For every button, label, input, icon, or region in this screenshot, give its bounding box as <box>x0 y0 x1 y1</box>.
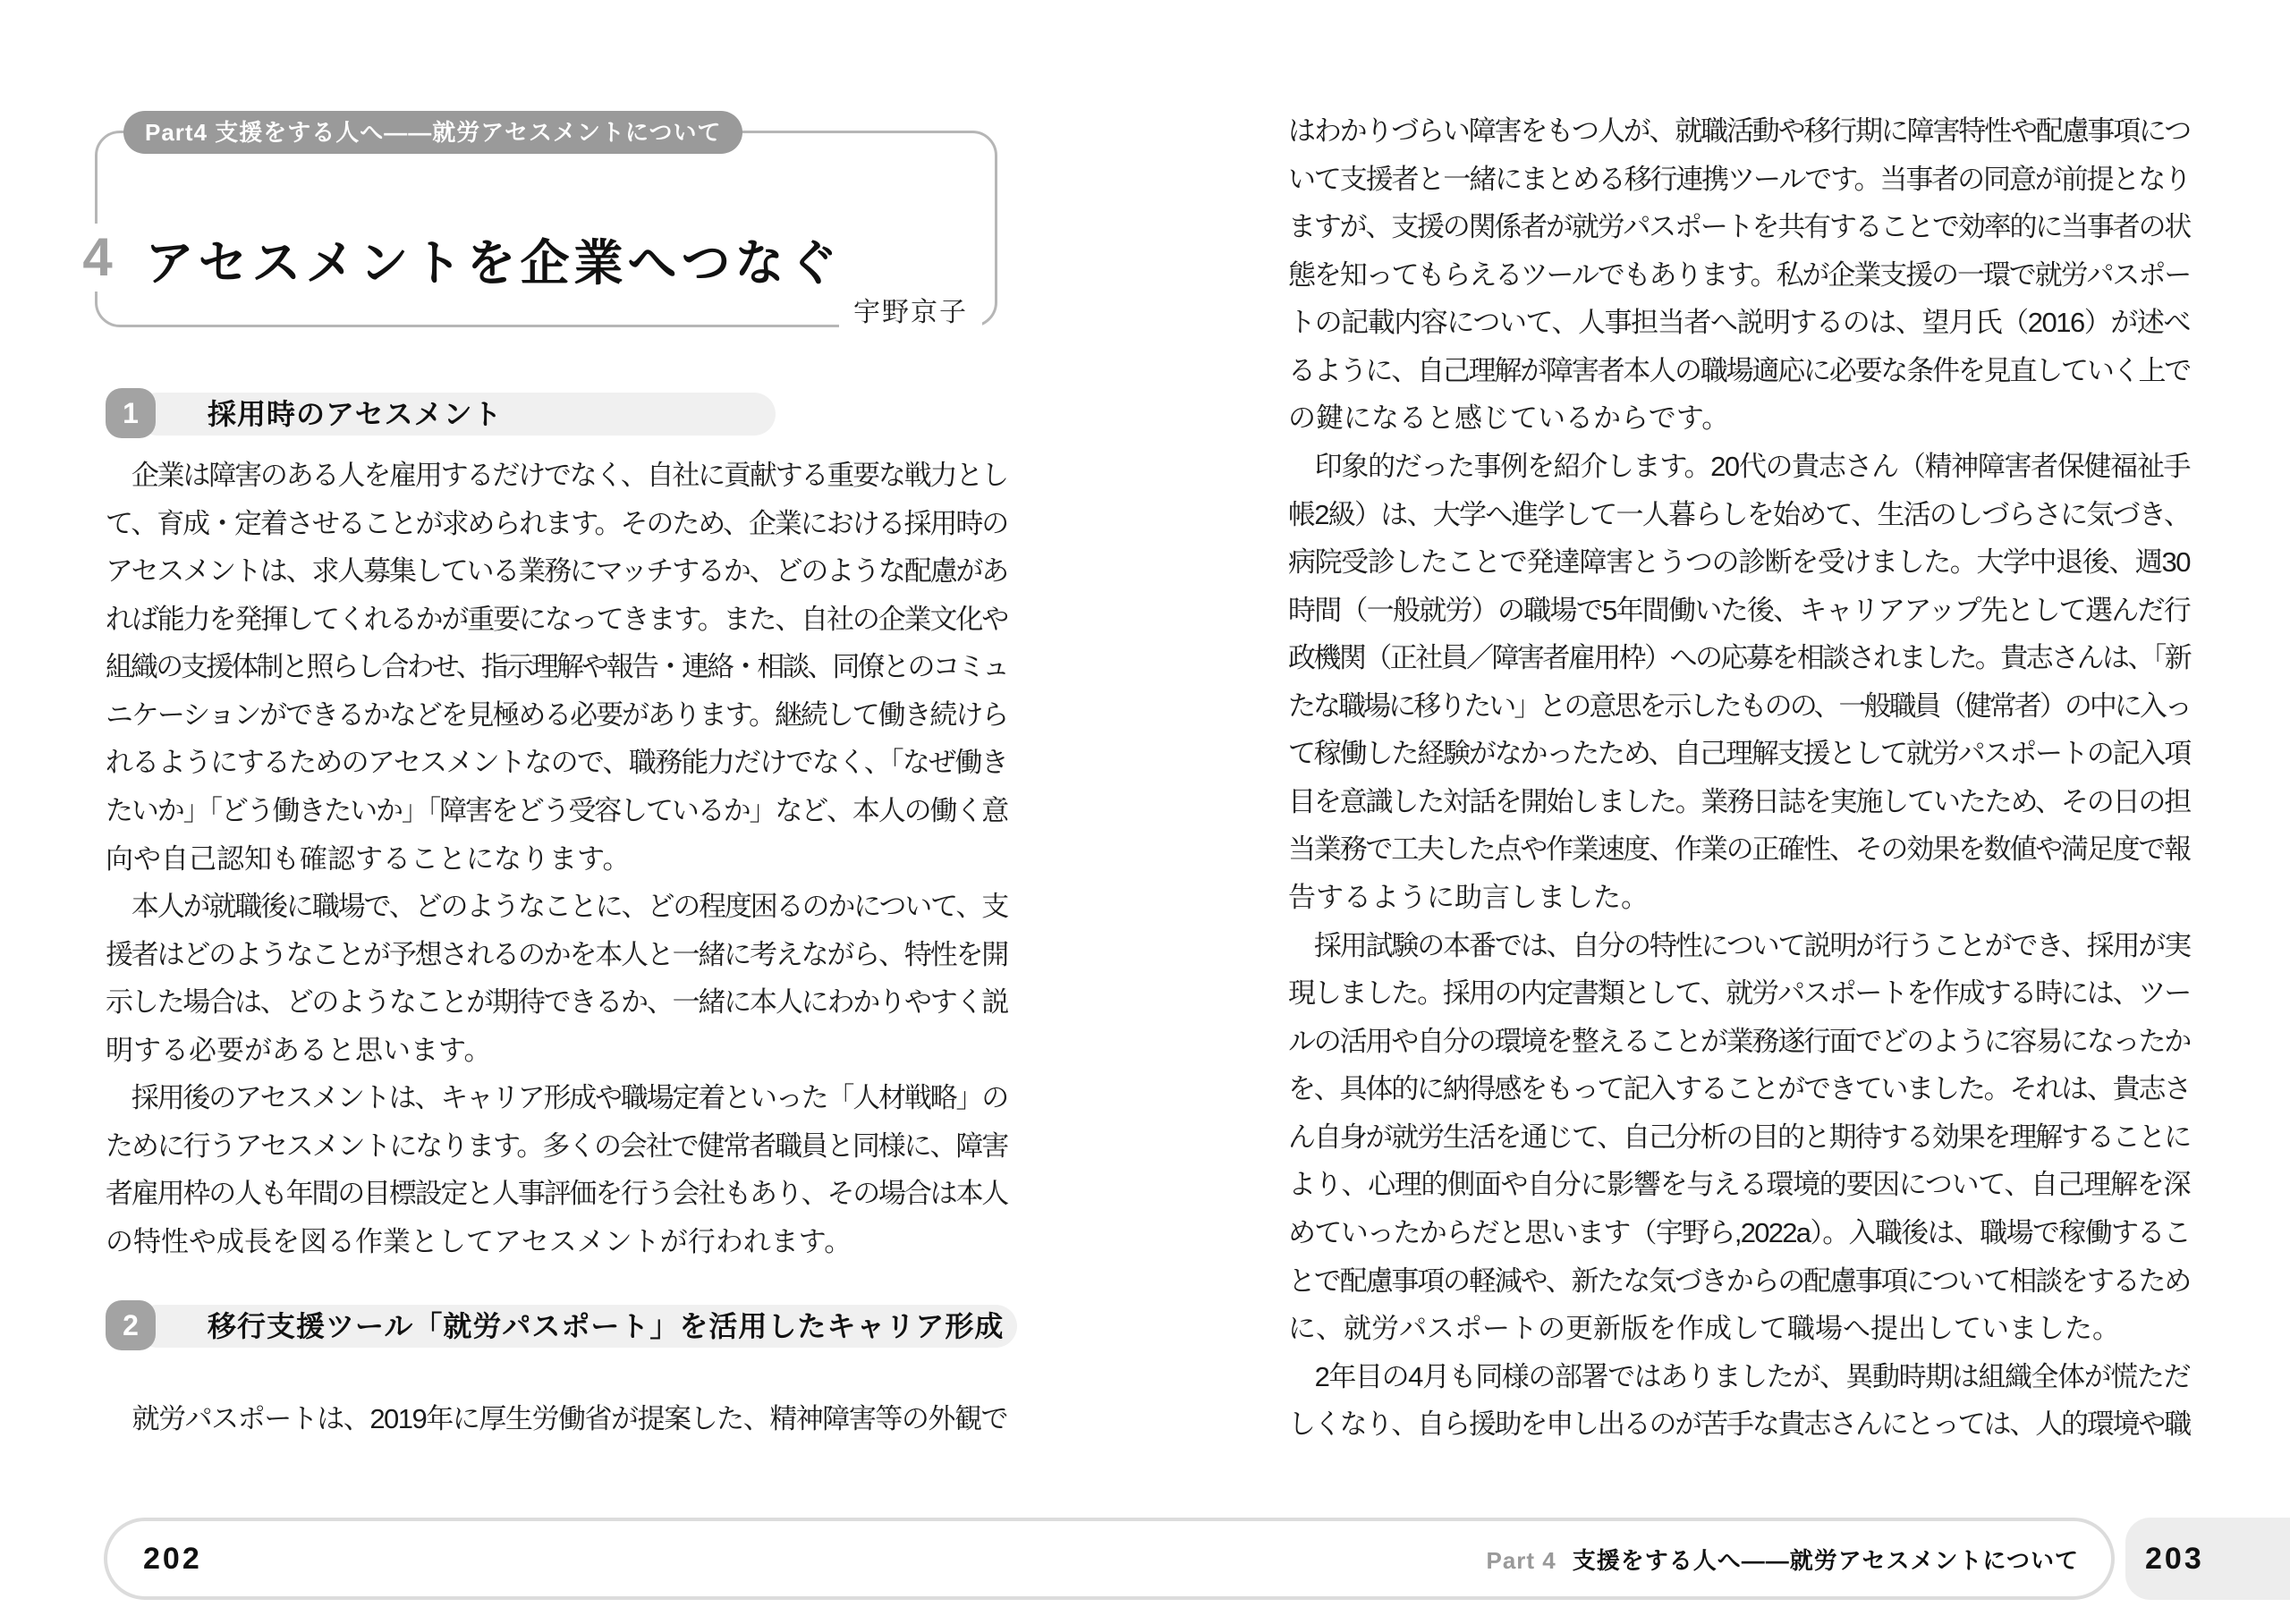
text-line: ために行うアセスメントになります。多くの会社で健常者職員と同様に、障害 <box>106 1122 1007 1171</box>
text-line: るように、自己理解が障害者本人の職場適応に必要な条件を見直していく上で <box>1288 347 2190 395</box>
text-line: 採用試験の本番では、自分の特性について説明が行うことができ、採用が実 <box>1288 922 2190 970</box>
text-line: に、就労パスポートの更新版を作成して職場へ提出していました。 <box>1288 1305 2190 1353</box>
text-line: たいか」「どう働きたいか」「障害をどう受容しているか」など、本人の働く意 <box>106 787 1007 835</box>
text-line: 採用後のアセスメントは、キャリア形成や職場定着といった「人材戦略」の <box>106 1074 1007 1122</box>
text-line: とで配慮事項の軽減や、新たな気づきからの配慮事項について相談をするため <box>1288 1257 2190 1306</box>
text-line: 示した場合は、どのようなことが期待できるか、一緒に本人にわかりやすく説 <box>106 978 1007 1027</box>
text-line: めていったからだと思います（宇野ら,2022a）。入職後は、職場で稼働するこ <box>1288 1209 2190 1257</box>
text-line: 病院受診したことで発達障害とうつの診断を受けました。大学中退後、週30 <box>1288 538 2190 587</box>
chapter-number: 4 <box>73 224 122 292</box>
text-line: いて支援者と一緒にまとめる移行連携ツールです。当事者の同意が前提となり <box>1288 156 2190 204</box>
text-line: 政機関（正社員／障害者雇用枠）への応募を相談されました。貴志さんは、「新 <box>1288 634 2190 682</box>
page-number-right: 203 <box>2145 1542 2204 1576</box>
body-text-left-a: 企業は障害のある人を雇用するだけでなく、自社に貢献する重要な戦力として、育成・定… <box>106 452 1007 1266</box>
text-line: の鍵になると感じているからです。 <box>1288 394 2190 443</box>
text-line: れば能力を発揮してくれるかが重要になってきます。また、自社の企業文化や <box>106 596 1007 644</box>
text-line: しくなり、自ら援助を申し出るのが苦手な貴志さんにとっては、人的環境や職 <box>1288 1400 2190 1449</box>
page-number-left: 202 <box>143 1542 202 1577</box>
body-text-left-b: 就労パスポートは、2019年に厚生労働省が提案した、精神障害等の外観で <box>106 1395 1007 1443</box>
text-line: 2年目の4月も同様の部署ではありましたが、異動時期は組織全体が慌ただ <box>1288 1353 2190 1401</box>
text-line: て稼働した経験がなかったため、自己理解支援として就労パスポートの記入項 <box>1288 730 2190 778</box>
text-line: 告するように助言しました。 <box>1288 874 2190 922</box>
text-line: 時間（一般就労）の職場で5年間働いた後、キャリアアップ先として選んだ行 <box>1288 587 2190 635</box>
text-line: て、育成・定着させることが求められます。そのため、企業における採用時の <box>106 500 1007 548</box>
running-head-part: Part 4 <box>1487 1547 1556 1574</box>
text-line: 企業は障害のある人を雇用するだけでなく、自社に貢献する重要な戦力とし <box>106 452 1007 500</box>
text-line: 当業務で工夫した点や作業速度、作業の正確性、その効果を数値や満足度で報 <box>1288 825 2190 874</box>
text-line: れるようにするためのアセスメントなので、職務能力だけでなく、「なぜ働き <box>106 739 1007 787</box>
text-line: 態を知ってもらえるツールでもあります。私が企業支援の一環で就労パスポー <box>1288 251 2190 300</box>
text-line: ニケーションができるかなどを見極める必要があります。継続して働き続けら <box>106 691 1007 740</box>
text-line: より、心理的側面や自分に影響を与える環境的要因について、自己理解を深 <box>1288 1161 2190 1209</box>
section-heading-pill: 採用時のアセスメント <box>136 393 776 436</box>
text-line: 本人が就職後に職場で、どのようなことに、どの程度困るのかについて、支 <box>106 883 1007 931</box>
text-line: ん自身が就労生活を通じて、自己分析の目的と期待する効果を理解することに <box>1288 1113 2190 1162</box>
text-line: ルの活用や自分の環境を整えることが業務遂行面でどのように容易になったか <box>1288 1018 2190 1066</box>
text-line: ますが、支援の関係者が就労パスポートを共有することで効率的に当事者の状 <box>1288 203 2190 251</box>
section-heading-text: 移行支援ツール「就労パスポート」を活用したキャリア形成 <box>136 1305 1017 1348</box>
book-spread: Part4 支援をする人へ——就労アセスメントについて 4 アセスメントを企業へ… <box>0 0 2290 1624</box>
text-line: たな職場に移りたい」との意思を示したものの、一般職員（健常者）の中に入っ <box>1288 682 2190 731</box>
text-line: 帳2級）は、大学へ進学して一人暮らしを始めて、生活のしづらさに気づき、 <box>1288 491 2190 539</box>
chapter-title: アセスメントを企業へつなぐ <box>145 224 842 294</box>
running-head: Part 4支援をする人へ——就労アセスメントについて <box>1487 1543 2080 1576</box>
text-line: アセスメントは、求人募集している業務にマッチするか、どのような配慮があ <box>106 547 1007 596</box>
section-number-badge: 2 <box>106 1300 156 1350</box>
text-line: 就労パスポートは、2019年に厚生労働省が提案した、精神障害等の外観で <box>106 1395 1007 1443</box>
text-line: 目を意識した対話を開始しました。業務日誌を実施していたため、その日の担 <box>1288 778 2190 826</box>
text-line: 者雇用枠の人も年間の目標設定と人事評価を行う会社もあり、その場合は本人 <box>106 1170 1007 1218</box>
body-text-right: はわかりづらい障害をもつ人が、就職活動や移行期に障害特性や配慮事項について支援者… <box>1288 107 2190 1449</box>
text-line: 援者はどのようなことが予想されるのかを本人と一緒に考えながら、特性を開 <box>106 931 1007 979</box>
text-line: トの記載内容について、人事担当者へ説明するのは、望月氏（2016）が述べ <box>1288 299 2190 347</box>
text-line: の特性や成長を図る作業としてアセスメントが行われます。 <box>106 1218 1007 1266</box>
text-line: 向や自己認知も確認することになります。 <box>106 835 1007 884</box>
text-line: を、具体的に納得感をもって記入することができていました。それは、貴志さ <box>1288 1065 2190 1113</box>
section-number-badge: 1 <box>106 388 156 438</box>
text-line: 印象的だった事例を紹介します。20代の貴志さん（精神障害者保健福祉手 <box>1288 443 2190 491</box>
footer-bar: 202 Part 4支援をする人へ——就労アセスメントについて <box>104 1518 2115 1600</box>
text-line: 組織の支援体制と照らし合わせ、指示理解や報告・連絡・相談、同僚とのコミュ <box>106 643 1007 691</box>
text-line: 現しました。採用の内定書類として、就労パスポートを作成する時には、ツー <box>1288 969 2190 1018</box>
running-head-title: 支援をする人へ——就労アセスメントについて <box>1573 1547 2079 1574</box>
author-name: 宇野京子 <box>839 295 982 331</box>
text-line: はわかりづらい障害をもつ人が、就職活動や移行期に障害特性や配慮事項につ <box>1288 107 2190 156</box>
section-heading-text: 採用時のアセスメント <box>136 393 776 436</box>
page-number-tab: 203 <box>2125 1518 2290 1600</box>
text-line: 明する必要があると思います。 <box>106 1027 1007 1075</box>
part-badge: Part4 支援をする人へ——就労アセスメントについて <box>123 111 742 154</box>
section-heading-pill: 移行支援ツール「就労パスポート」を活用したキャリア形成 <box>136 1305 1017 1348</box>
